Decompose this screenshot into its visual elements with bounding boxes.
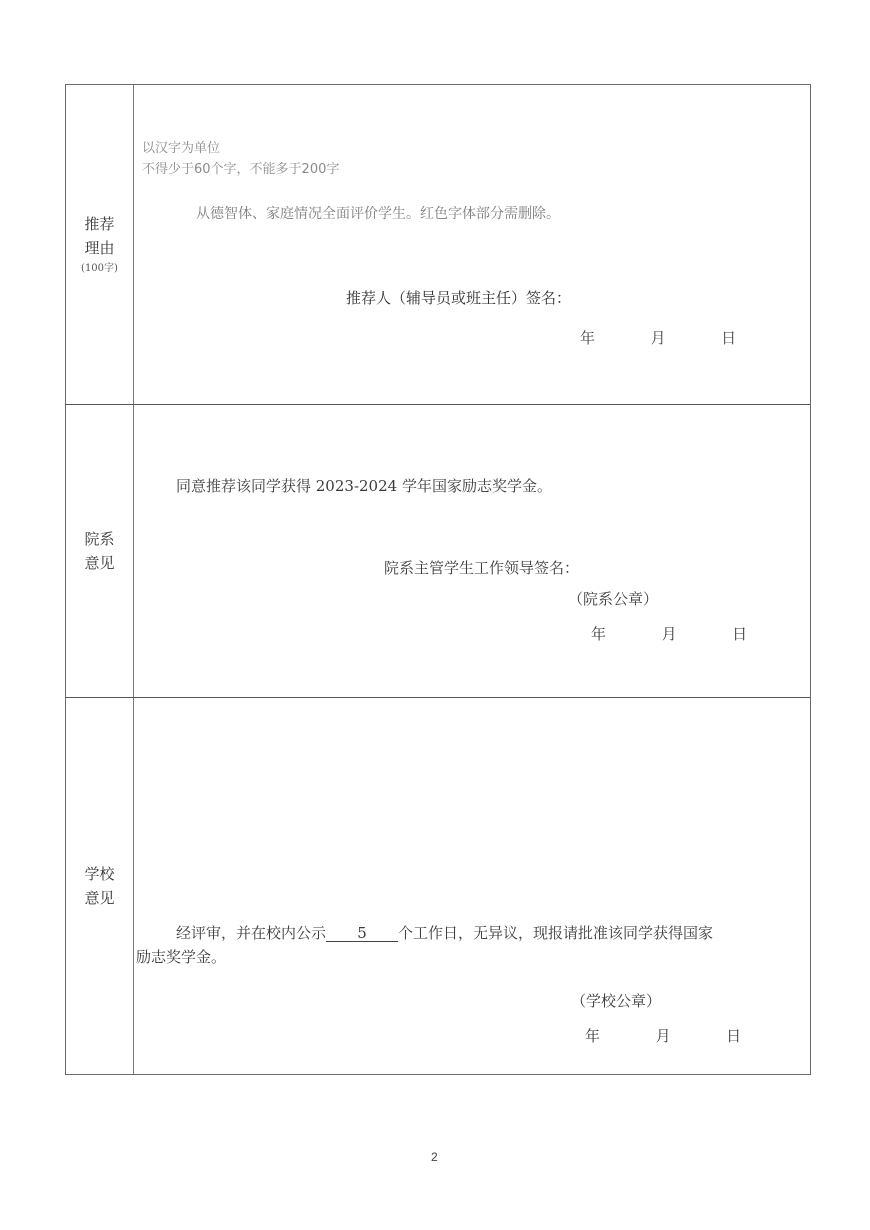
- recommendation-date: 年 月 日: [580, 327, 736, 348]
- school-label-cell: 学校 意见: [66, 698, 134, 1074]
- department-label-cell: 院系 意见: [66, 405, 134, 697]
- date-year: 年: [591, 623, 606, 644]
- recommendation-label-line2: 理由: [84, 236, 114, 260]
- school-date: 年 月 日: [585, 1025, 741, 1046]
- recommendation-label-line1: 推荐: [84, 212, 114, 236]
- date-month: 月: [662, 623, 677, 644]
- date-month: 月: [656, 1025, 671, 1046]
- date-day: 日: [721, 327, 736, 348]
- school-opinion-suffix: 个工作日，无异议，现报请批准该同学获得国家: [398, 924, 713, 942]
- department-leader-signature-label: 院系主管学生工作领导签名：: [384, 557, 579, 578]
- page-number: 2: [431, 1150, 438, 1164]
- recommendation-word-limit-note: (100字): [81, 260, 118, 278]
- school-content-cell[interactable]: 经评审，并在校内公示5个工作日，无异议，现报请批准该同学获得国家 励志奖学金。 …: [134, 698, 810, 1074]
- school-label-line2: 意见: [84, 886, 114, 910]
- publicity-days-field[interactable]: 5: [326, 925, 398, 942]
- department-date: 年 月 日: [591, 623, 747, 644]
- hint-length-text: 不得少于60个字，不能多于200字: [142, 158, 339, 177]
- date-year: 年: [580, 327, 595, 348]
- date-year: 年: [585, 1025, 600, 1046]
- date-day: 日: [732, 623, 747, 644]
- department-opinion-row: 院系 意见 同意推荐该同学获得 2023-2024 学年国家励志奖学金。 院系主…: [66, 405, 810, 698]
- hint-unit-text: 以汉字为单位: [142, 137, 220, 156]
- recommendation-label-cell: 推荐 理由 (100字): [66, 85, 134, 404]
- department-label-line2: 意见: [84, 551, 114, 575]
- recommendation-row: 推荐 理由 (100字) 以汉字为单位 不得少于60个字，不能多于200字 从德…: [66, 85, 810, 405]
- school-opinion-prefix: 经评审，并在校内公示: [176, 924, 326, 942]
- department-content-cell[interactable]: 同意推荐该同学获得 2023-2024 学年国家励志奖学金。 院系主管学生工作领…: [134, 405, 810, 697]
- date-day: 日: [726, 1025, 741, 1046]
- recommendation-content-cell[interactable]: 以汉字为单位 不得少于60个字，不能多于200字 从德智体、家庭情况全面评价学生…: [134, 85, 810, 404]
- department-seal-label: （院系公章）: [568, 588, 658, 609]
- recommendation-instruction-text: 从德智体、家庭情况全面评价学生。红色字体部分需删除。: [196, 203, 560, 223]
- department-opinion-text: 同意推荐该同学获得 2023-2024 学年国家励志奖学金。: [176, 475, 552, 496]
- application-form-table: 推荐 理由 (100字) 以汉字为单位 不得少于60个字，不能多于200字 从德…: [65, 84, 811, 1075]
- recommender-signature-label: 推荐人（辅导员或班主任）签名：: [346, 287, 571, 308]
- date-month: 月: [651, 327, 666, 348]
- school-opinion-line2: 励志奖学金。: [136, 946, 226, 967]
- school-seal-label: （学校公章）: [571, 990, 661, 1011]
- school-opinion-row: 学校 意见 经评审，并在校内公示5个工作日，无异议，现报请批准该同学获得国家 励…: [66, 698, 810, 1074]
- school-label-line1: 学校: [84, 862, 114, 886]
- school-opinion-line1: 经评审，并在校内公示5个工作日，无异议，现报请批准该同学获得国家: [176, 922, 713, 943]
- department-label-line1: 院系: [84, 527, 114, 551]
